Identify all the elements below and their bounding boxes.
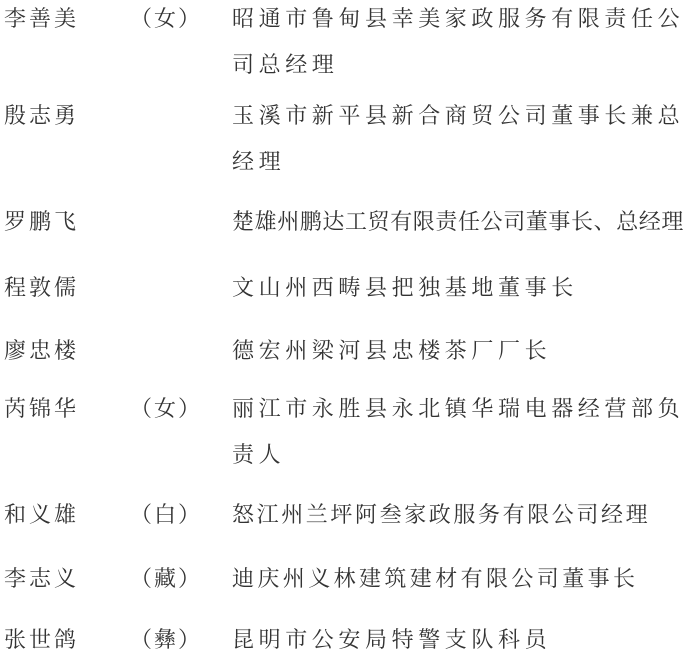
affiliation-line: 楚雄州鹏达工贸有限责任公司董事长、总经理	[232, 200, 688, 246]
person-note: （彝）	[130, 618, 202, 662]
person-affiliation: 楚雄州鹏达工贸有限责任公司董事长、总经理	[232, 200, 688, 246]
affiliation-line: 司总经理	[232, 43, 688, 89]
affiliation-line: 玉溪市新平县新合商贸公司董事长兼总	[232, 94, 688, 140]
person-affiliation: 玉溪市新平县新合商贸公司董事长兼总 经理	[232, 94, 688, 186]
person-affiliation: 丽江市永胜县永北镇华瑞电器经营部负 责人	[232, 387, 688, 479]
affiliation-line: 德宏州梁河县忠楼茶厂厂长	[232, 329, 688, 375]
person-note: （白）	[130, 493, 202, 539]
affiliation-line: 经理	[232, 140, 688, 186]
affiliation-line: 昆明市公安局特警支队科员	[232, 618, 688, 662]
affiliation-line: 责人	[232, 433, 688, 479]
person-name: 张世鸽	[4, 618, 79, 662]
person-affiliation: 怒江州兰坪阿叁家政服务有限公司经理	[232, 493, 688, 539]
affiliation-line: 昭通市鲁甸县幸美家政服务有限责任公	[232, 0, 688, 43]
person-affiliation: 昆明市公安局特警支队科员	[232, 618, 688, 662]
person-name: 和义雄	[4, 493, 79, 539]
person-affiliation: 迪庆州义林建筑建材有限公司董事长	[232, 557, 688, 603]
person-name: 李志义	[4, 557, 79, 603]
affiliation-line: 文山州西畴县把独基地董事长	[232, 266, 688, 312]
person-name: 廖忠楼	[4, 329, 79, 375]
person-name: 殷志勇	[4, 94, 79, 140]
person-name: 程敦儒	[4, 266, 79, 312]
person-name: 李善美	[4, 0, 79, 43]
person-note: （女）	[130, 0, 202, 43]
person-affiliation: 昭通市鲁甸县幸美家政服务有限责任公 司总经理	[232, 0, 688, 89]
affiliation-line: 丽江市永胜县永北镇华瑞电器经营部负	[232, 387, 688, 433]
person-note: （藏）	[130, 557, 202, 603]
person-affiliation: 文山州西畴县把独基地董事长	[232, 266, 688, 312]
affiliation-line: 迪庆州义林建筑建材有限公司董事长	[232, 557, 688, 603]
person-name: 芮锦华	[4, 387, 79, 433]
person-name: 罗鹏飞	[4, 200, 79, 246]
affiliation-line: 怒江州兰坪阿叁家政服务有限公司经理	[232, 493, 688, 539]
person-affiliation: 德宏州梁河县忠楼茶厂厂长	[232, 329, 688, 375]
person-note: （女）	[130, 387, 202, 433]
